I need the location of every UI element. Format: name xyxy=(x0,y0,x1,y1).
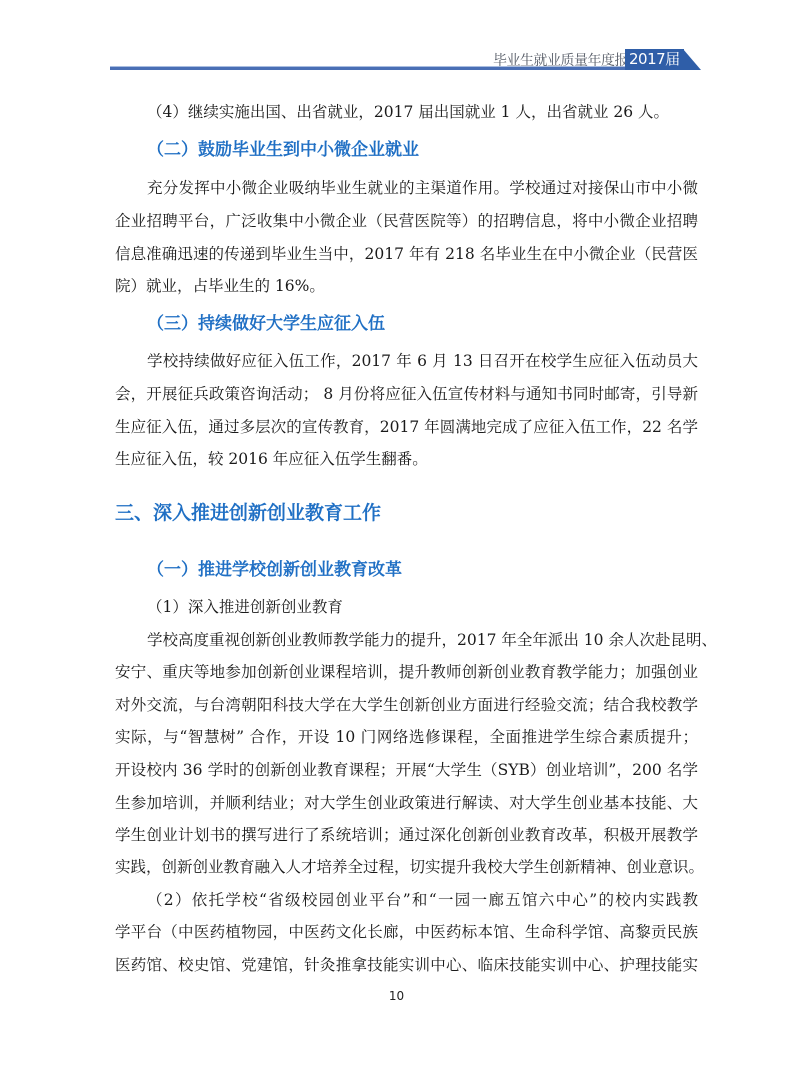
header-year-badge: 2017届 xyxy=(625,49,684,70)
page-header: 毕业生就业质量年度报告 2017届 xyxy=(0,0,793,80)
item-1-paragraph-line: 学生创业计划书的撰写进行了系统培训；通过深化创新创业教育改革，积极开展教学 xyxy=(115,824,698,846)
item-1-paragraph-line: 实际，与“智慧树” 合作，开设 10 门网络选修课程，全面推进学生综合素质提升； xyxy=(115,726,698,748)
section-2-paragraph-line: 企业招聘平台，广泛收集中小微企业（民营医院等）的招聘信息，将中小微企业招聘 xyxy=(115,210,698,232)
section-2-heading: （二）鼓励毕业生到中小微企业就业 xyxy=(147,138,419,162)
item-2-paragraph-line: （2）依托学校“省级校园创业平台”和“一园一廊五馆六中心”的校内实践教 xyxy=(115,889,698,911)
section-2-paragraph-line: 院）就业，占毕业生的 16%。 xyxy=(115,275,698,297)
item-1-paragraph-line: 生参加培训，并顺利结业；对大学生创业政策进行解读、对大学生创业基本技能、大 xyxy=(115,792,698,814)
section-3-paragraph-line: 生应征入伍，较 2016 年应征入伍学生翻番。 xyxy=(115,448,698,470)
item-1-paragraph-line: 开设校内 36 学时的创新创业教育课程；开展“大学生（SYB）创业培训”，200… xyxy=(115,759,698,781)
section-2-paragraph-line: 信息准确迅速的传递到毕业生当中，2017 年有 218 名毕业生在中小微企业（民… xyxy=(115,243,698,265)
section-3-paragraph-line: 会，开展征兵政策咨询活动； 8 月份将应征入伍宣传材料与通知书同时邮寄，引导新 xyxy=(115,383,698,405)
section-3-paragraph-line: 学校持续做好应征入伍工作，2017 年 6 月 13 日召开在校学生应征入伍动员… xyxy=(115,350,698,372)
page-number: 10 xyxy=(0,989,793,1003)
item-1-paragraph-line: 安宁、重庆等地参加创新创业课程培训，提升教师创新创业教育教学能力；加强创业 xyxy=(115,661,698,683)
section-3-paragraph-line: 生应征入伍，通过多层次的宣传教育，2017 年圆满地完成了应征入伍工作，22 名… xyxy=(115,416,698,438)
subsection-1-heading: （一）推进学校创新创业教育改革 xyxy=(147,558,402,582)
chapter-3-heading: 三、深入推进创新创业教育工作 xyxy=(115,500,381,526)
item-4-text: （4）继续实施出国、出省就业，2017 届出国就业 1 人，出省就业 26 人。 xyxy=(115,101,698,123)
section-2-paragraph-line: 充分发挥中小微企业吸纳毕业生就业的主渠道作用。学校通过对接保山市中小微 xyxy=(115,177,698,199)
section-3-heading: （三）持续做好大学生应征入伍 xyxy=(147,312,385,336)
item-1-paragraph-line: 学校高度重视创新创业教师教学能力的提升，2017 年全年派出 10 余人次赴昆明… xyxy=(115,629,698,651)
item-2-paragraph-line: 学平台（中医药植物园，中医药文化长廊，中医药标本馆、生命科学馆、高黎贡民族 xyxy=(115,921,698,943)
item-1-paragraph-line: 实践，创新创业教育融入人才培养全过程，切实提升我校大学生创新精神、创业意识。 xyxy=(115,856,698,878)
item-1-paragraph-line: 对外交流，与台湾朝阳科技大学在大学生创新创业方面进行经验交流；结合我校教学 xyxy=(115,694,698,716)
item-2-paragraph-line: 医药馆、校史馆、党建馆，针灸推拿技能实训中心、临床技能实训中心、护理技能实 xyxy=(115,954,698,976)
header-triangle-icon xyxy=(683,49,701,70)
item-1-title: （1）深入推进创新创业教育 xyxy=(115,596,698,618)
header-title: 毕业生就业质量年度报告 xyxy=(493,50,642,70)
